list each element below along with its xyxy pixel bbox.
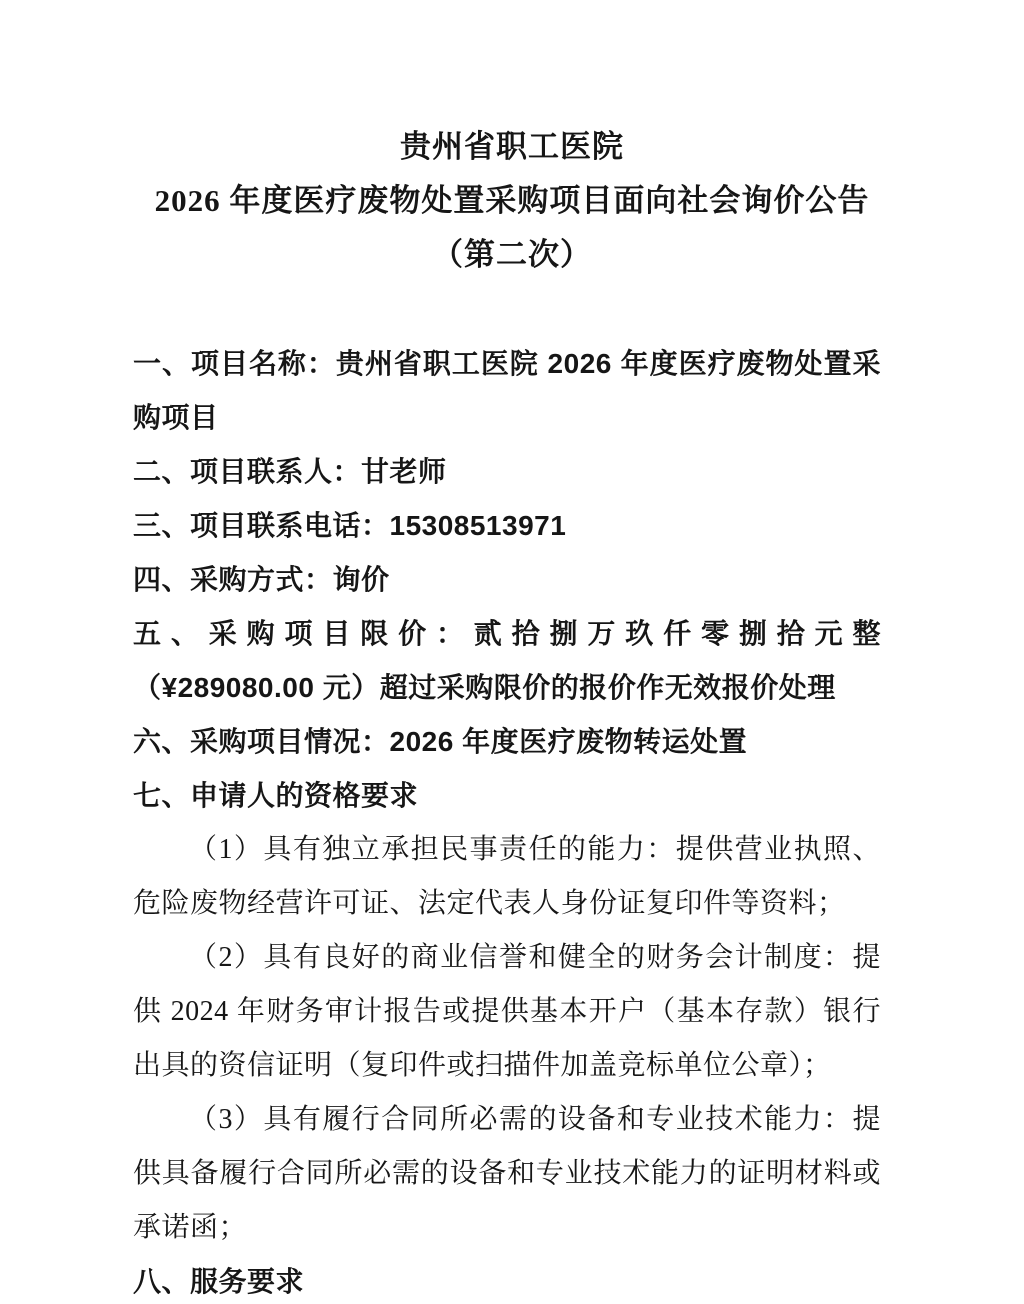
para-qualification-2: （2）具有良好的商业信誉和健全的财务会计制度：提供 2024 年财务审计报告或提… <box>133 931 881 1093</box>
document-title-block: 贵州省职工医院 2026 年度医疗废物处置采购项目面向社会询价公告 （第二次） <box>0 0 1024 282</box>
para-item-3-contact-phone: 三、项目联系电话：15308513971 <box>133 499 881 553</box>
document-body: 一、项目名称：贵州省职工医院 2026 年度医疗废物处置采购项目 二、项目联系人… <box>133 337 881 1304</box>
document-title-line-2: 2026 年度医疗废物处置采购项目面向社会询价公告 <box>0 174 1024 228</box>
para-item-2-contact-person: 二、项目联系人：甘老师 <box>133 445 881 499</box>
para-item-6-project-details: 六、采购项目情况：2026 年度医疗废物转运处置 <box>133 715 881 769</box>
para-item-1-project-name: 一、项目名称：贵州省职工医院 2026 年度医疗废物处置采购项目 <box>133 337 881 445</box>
para-qualification-3: （3）具有履行合同所必需的设备和专业技术能力：提供具备履行合同所必需的设备和专业… <box>133 1093 881 1255</box>
para-item-5-price-limit: 五、采购项目限价：贰拾捌万玖仟零捌拾元整（¥289080.00 元）超过采购限价… <box>133 607 881 715</box>
document-page: 贵州省职工医院 2026 年度医疗废物处置采购项目面向社会询价公告 （第二次） … <box>0 0 1024 1304</box>
para-item-4-procurement-method: 四、采购方式：询价 <box>133 553 881 607</box>
para-qualification-1: （1）具有独立承担民事责任的能力：提供营业执照、危险废物经营许可证、法定代表人身… <box>133 823 881 931</box>
para-item-7-applicant-qualifications: 七、申请人的资格要求 <box>133 769 881 823</box>
document-title-line-3: （第二次） <box>0 228 1024 282</box>
document-title-line-1: 贵州省职工医院 <box>0 120 1024 174</box>
para-item-8-service-requirements: 八、服务要求 <box>133 1255 881 1304</box>
